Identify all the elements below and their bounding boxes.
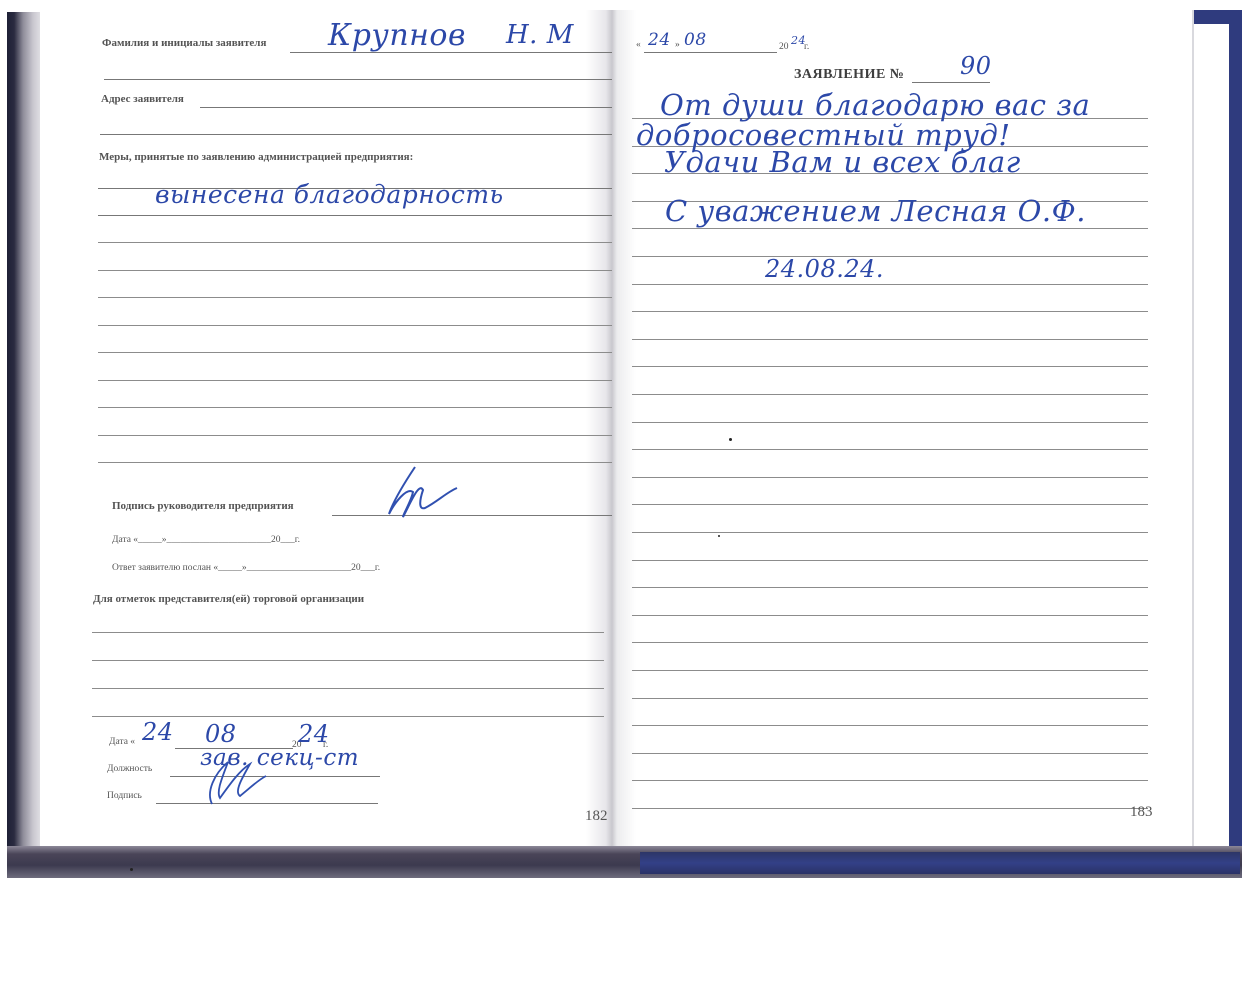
book-gutter bbox=[586, 10, 636, 852]
statement-ruled-line bbox=[632, 642, 1148, 643]
left-page-number: 182 bbox=[585, 808, 608, 825]
date-day-handwritten: 24 bbox=[648, 30, 671, 50]
manager-signature-line bbox=[332, 515, 612, 516]
applicant-name-handwritten: Крупнов bbox=[328, 18, 466, 53]
trade-rep-label: Для отметок представителя(ей) торговой о… bbox=[93, 593, 364, 605]
measures-ruled-line bbox=[98, 435, 612, 436]
manager-signature-label: Подпись руководителя предприятия bbox=[112, 500, 294, 512]
applicant-address-line-2 bbox=[100, 134, 612, 135]
trade-rep-line-4 bbox=[92, 716, 604, 717]
measures-ruled-line bbox=[98, 462, 612, 463]
statement-ruled-line bbox=[632, 587, 1148, 588]
statement-ruled-line bbox=[632, 394, 1148, 395]
measures-handwritten: вынесена благодарность bbox=[155, 180, 504, 209]
measures-ruled-line bbox=[98, 297, 612, 298]
statement-ruled-line bbox=[632, 725, 1148, 726]
statement-ruled-line bbox=[632, 477, 1148, 478]
date-line bbox=[644, 52, 777, 53]
statement-ruled-line bbox=[632, 504, 1148, 505]
scan-speck bbox=[729, 438, 732, 441]
applicant-name-label: Фамилия и инициалы заявителя bbox=[102, 37, 266, 49]
measures-label: Меры, принятые по заявлению администраци… bbox=[99, 151, 413, 163]
trade-rep-line-2 bbox=[92, 660, 604, 661]
trade-rep-line-3 bbox=[92, 688, 604, 689]
date-open-quote: « bbox=[636, 40, 641, 50]
statement-ruled-line bbox=[632, 366, 1148, 367]
trade-rep-line-1 bbox=[92, 632, 604, 633]
date-year-prefix: 20 bbox=[779, 42, 789, 52]
right-page-number: 183 bbox=[1130, 804, 1153, 821]
measures-ruled-line bbox=[98, 407, 612, 408]
reply-sent-label: Ответ заявителю послан «_____»__________… bbox=[112, 563, 380, 573]
handwritten-line-3: Удачи Вам и всех благ bbox=[664, 145, 1021, 179]
statement-ruled-line bbox=[632, 670, 1148, 671]
measures-ruled-line bbox=[98, 242, 612, 243]
statement-number-handwritten: 90 bbox=[960, 52, 992, 80]
statement-ruled-line bbox=[632, 339, 1148, 340]
handwritten-line-1: От души благодарю вас за bbox=[660, 88, 1090, 122]
measures-ruled-line bbox=[98, 352, 612, 353]
measures-ruled-line bbox=[98, 270, 612, 271]
scan-speck bbox=[130, 868, 133, 871]
statement-ruled-line bbox=[632, 228, 1148, 229]
statement-ruled-line bbox=[632, 753, 1148, 754]
measures-ruled-line bbox=[98, 325, 612, 326]
statement-ruled-line bbox=[632, 449, 1148, 450]
statement-ruled-line bbox=[632, 615, 1148, 616]
applicant-initials-handwritten: Н. М bbox=[506, 20, 574, 50]
statement-ruled-line bbox=[632, 780, 1148, 781]
signature-label: Подпись bbox=[107, 791, 142, 801]
bottom-date-day: 24 bbox=[142, 718, 174, 746]
measures-line-2 bbox=[98, 215, 612, 216]
book-page-stack bbox=[1188, 24, 1229, 856]
scanned-book-spread: Фамилия и инициалы заявителя Крупнов Н. … bbox=[0, 0, 1250, 1000]
statement-ruled-line bbox=[632, 698, 1148, 699]
book-cover-bottom bbox=[640, 852, 1240, 874]
employee-signature bbox=[200, 752, 270, 808]
date-close-quote: » bbox=[675, 40, 680, 50]
manager-signature bbox=[385, 462, 465, 522]
date-month-handwritten: 08 bbox=[684, 30, 707, 50]
statement-ruled-line bbox=[632, 532, 1148, 533]
applicant-name-line-2 bbox=[104, 79, 612, 80]
position-label: Должность bbox=[107, 764, 152, 774]
statement-ruled-line bbox=[632, 284, 1148, 285]
statement-number-line bbox=[912, 82, 990, 83]
applicant-address-label: Адрес заявителя bbox=[101, 93, 184, 105]
handwritten-line-5: 24.08.24. bbox=[765, 255, 884, 283]
date-suffix: г. bbox=[804, 42, 809, 52]
manager-date-label: Дата «_____»______________________20___г… bbox=[112, 535, 300, 545]
statement-ruled-line bbox=[632, 560, 1148, 561]
statement-ruled-line bbox=[632, 256, 1148, 257]
applicant-address-line bbox=[200, 107, 612, 108]
handwritten-line-4: С уважением Лесная О.Ф. bbox=[665, 194, 1086, 228]
statement-title: ЗАЯВЛЕНИЕ № bbox=[794, 67, 904, 83]
bottom-date-month: 08 bbox=[205, 720, 237, 748]
statement-ruled-line bbox=[632, 808, 1148, 809]
statement-ruled-line bbox=[632, 422, 1148, 423]
statement-ruled-line bbox=[632, 311, 1148, 312]
measures-ruled-line bbox=[98, 380, 612, 381]
scan-speck bbox=[718, 535, 720, 537]
bottom-date-prefix: Дата « bbox=[109, 737, 135, 747]
